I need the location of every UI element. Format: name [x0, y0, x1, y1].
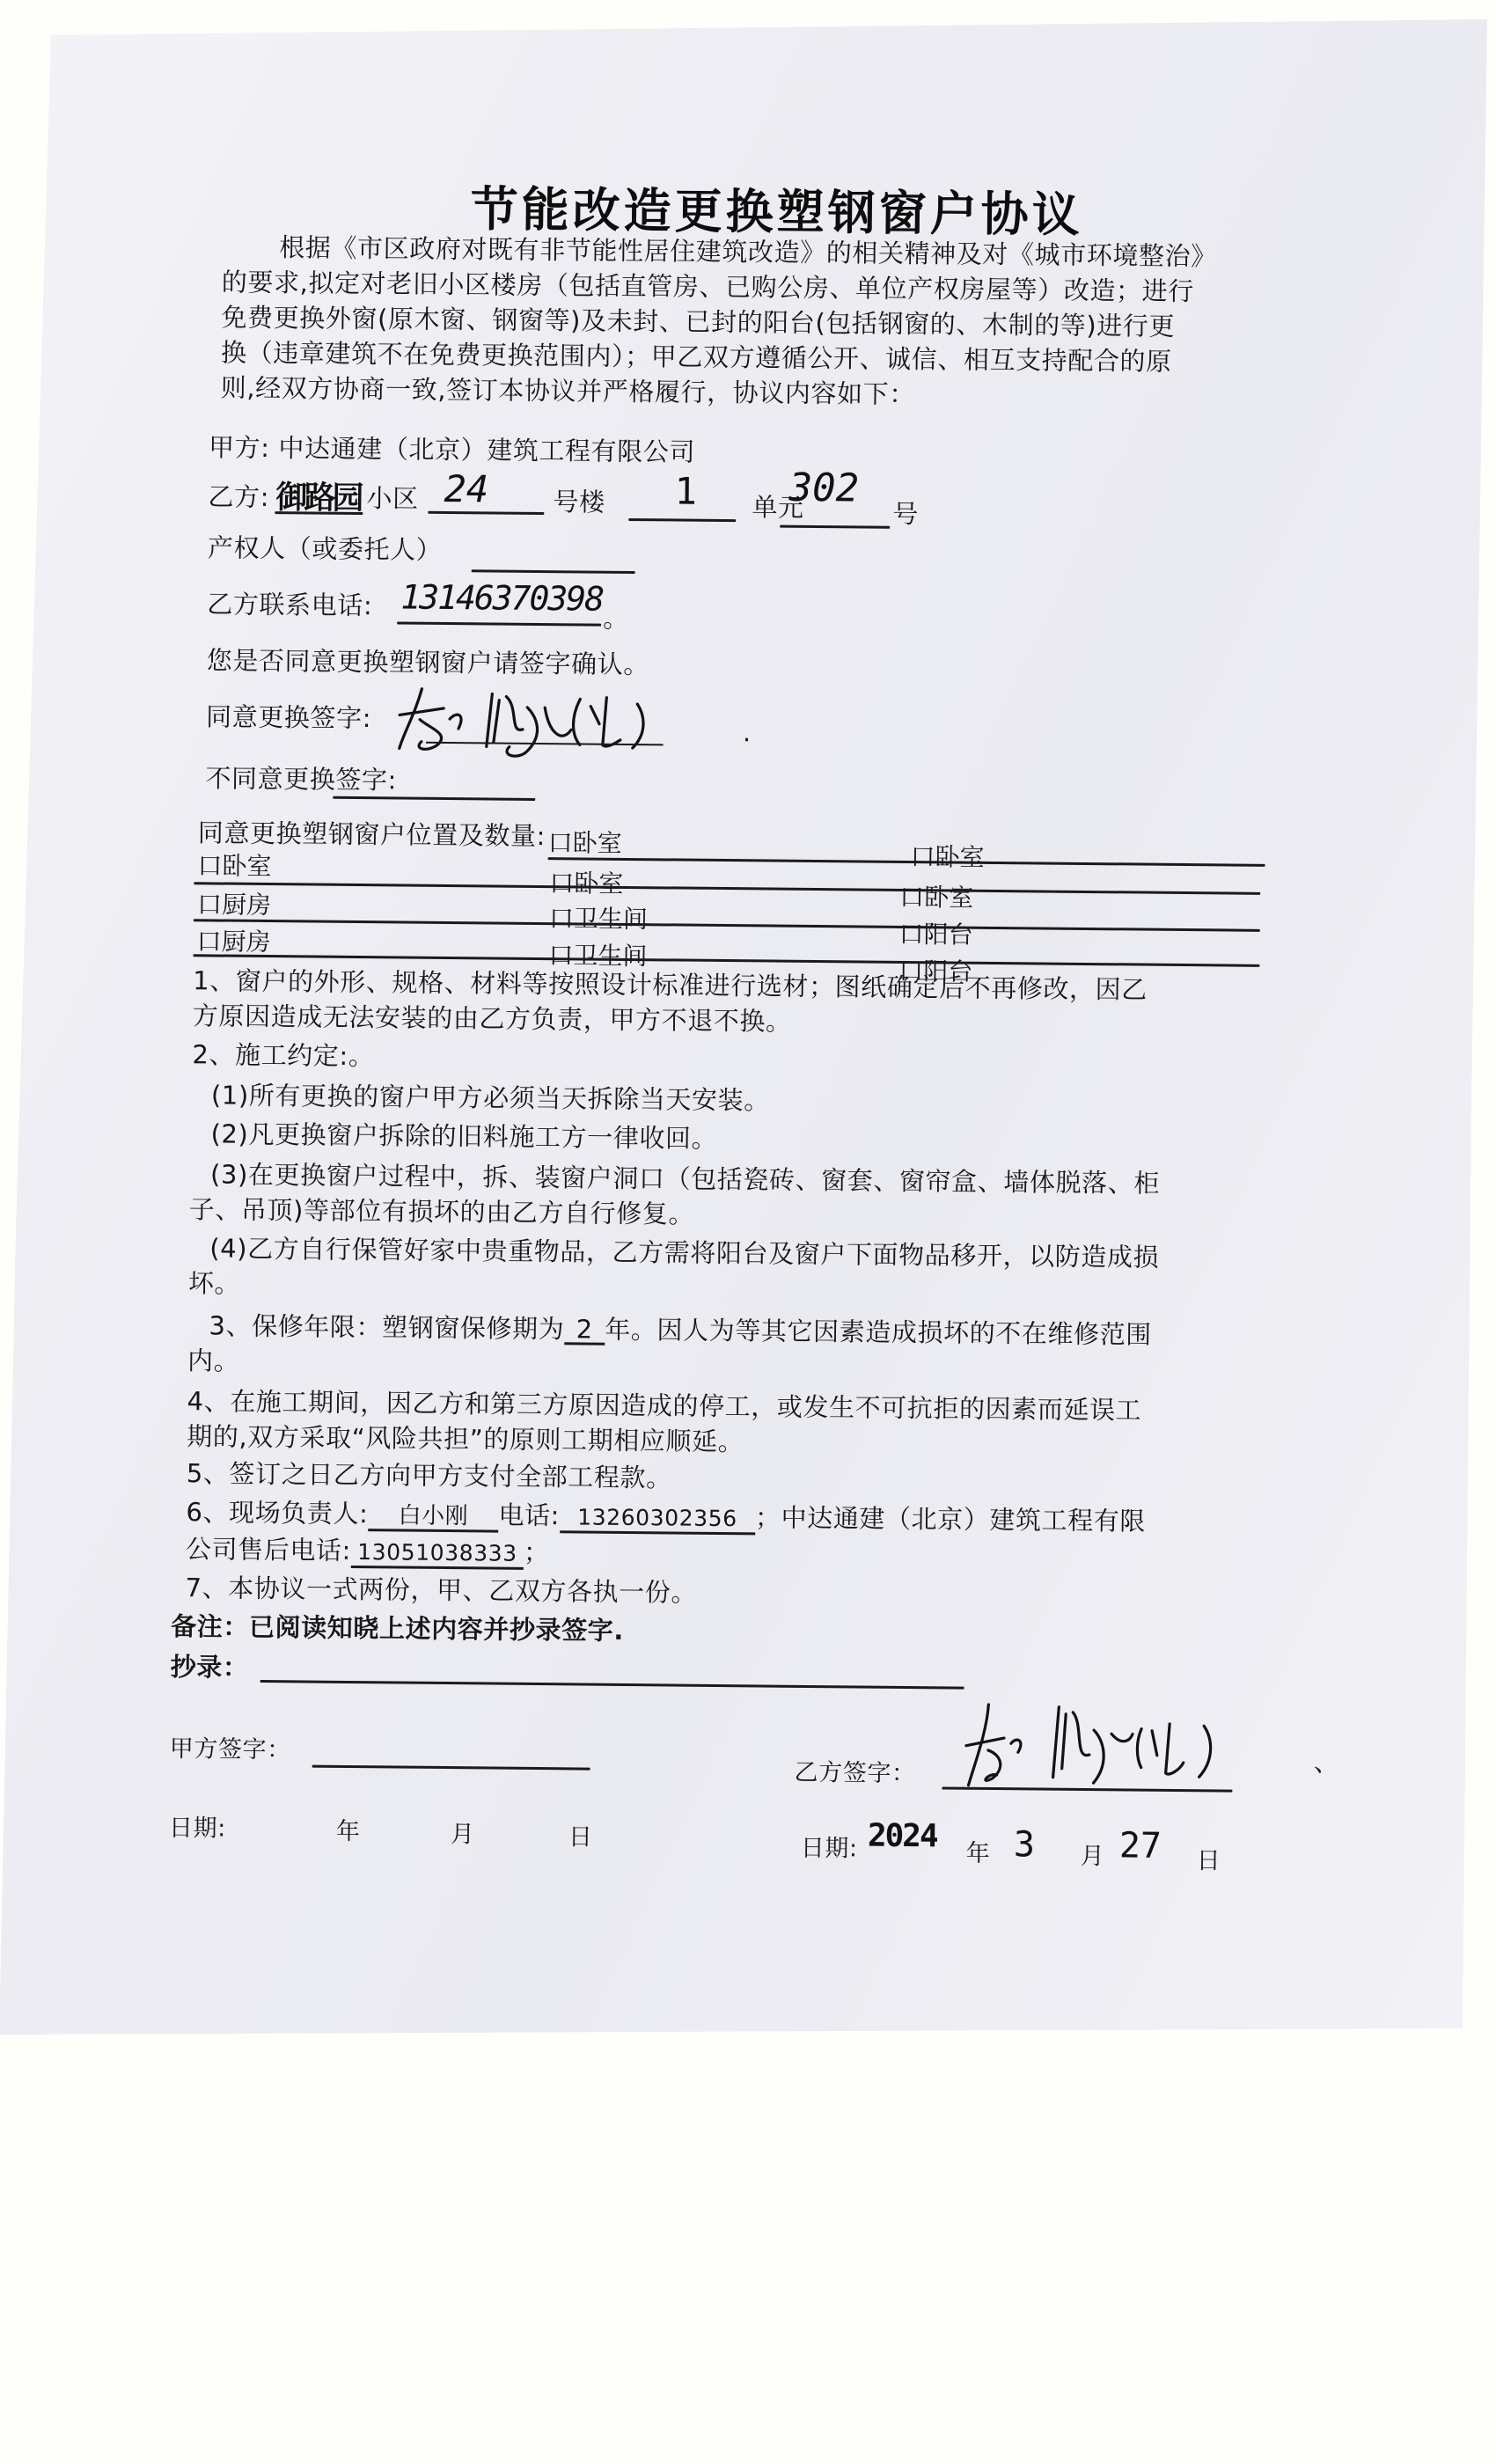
agree-sign-trailing: . [743, 716, 752, 748]
party-a-sign-label: 甲方签字： [170, 1734, 291, 1766]
window-checkbox-r2c2[interactable]: 口阳台 [899, 915, 973, 951]
date-a-month-char: 月 [451, 1819, 475, 1851]
party-a-name: 中达通建（北京）建筑工程有限公司 [278, 433, 695, 467]
clause-2-item-3-line-1: (3)在更换窗户过程中，拆、装窗户洞口（包括瓷砖、窗套、窗帘盒、墙体脱落、柜 [210, 1158, 1160, 1199]
clause-4-line-2: 期的,双方采取“风险共担”的原则工期相应顺延。 [187, 1420, 744, 1457]
window-checkbox-r1c1[interactable]: 口卧室 [549, 864, 623, 900]
intro-line-5: 则,经双方协商一致,签订本协议并严格履行，协议内容如下： [221, 371, 916, 410]
date-b-month-char: 月 [1081, 1841, 1105, 1873]
unit-number[interactable]: 1 [674, 469, 697, 512]
phone-value[interactable]: 13146370398 [400, 577, 603, 618]
party-a-row: 甲方: 中达通建（北京）建筑工程有限公司 [209, 431, 695, 467]
clause-2-item-4-line-2: 坏。 [188, 1267, 241, 1300]
handwritten-signature-icon [395, 679, 766, 762]
room-suffix: 号 [892, 498, 919, 530]
party-b-sign-label: 乙方签字： [794, 1757, 915, 1790]
site-manager-phone[interactable]: 13260302356 [560, 1504, 755, 1535]
building-underline [428, 511, 544, 515]
clause-3-line-1: 3、保修年限：塑钢窗保修期为2年。因人为等其它因素造成损坏的不在维修范围 [209, 1309, 1152, 1350]
clause-2-item-2: (2)凡更换窗户拆除的旧料施工方一律收回。 [210, 1118, 717, 1155]
window-row-line-1 [194, 882, 1260, 894]
copy-field-line[interactable] [260, 1680, 964, 1689]
window-checkbox-r2c1[interactable]: 口卫生间 [549, 899, 648, 935]
owner-field-line[interactable] [472, 569, 635, 574]
agreement-document: 节能改造更换塑钢窗户协议 根据《市区政府对既有非节能性居住建筑改造》的相关精神及… [0, 0, 1496, 2047]
date-b-year-char: 年 [966, 1838, 991, 1870]
note-text: 备注：已阅读知晓上述内容并抄录签字. [171, 1610, 624, 1646]
agree-signature[interactable] [395, 679, 766, 762]
clause-1-line-2: 方原因造成无法安装的由乙方负责，甲方不退不换。 [193, 1000, 792, 1038]
phone-label: 乙方联系电话: [207, 588, 372, 621]
window-checkbox-r1c0[interactable]: 口卧室 [197, 847, 271, 883]
window-checkbox-r1c2[interactable]: 口卧室 [899, 878, 973, 914]
date-b-day-char: 日 [1196, 1845, 1221, 1877]
party-b-label: 乙方: [208, 480, 269, 513]
building-number[interactable]: 24 [444, 467, 488, 510]
intro-line-4: 换（违章建筑不在免费更换范围内）；甲乙双方遵循公开、诚信、相互支持配合的原 [221, 337, 1172, 378]
date-b-month[interactable]: 3 [1014, 1824, 1036, 1865]
clause-5: 5、签订之日乙方向甲方支付全部工程款。 [187, 1457, 672, 1493]
party-a-label: 甲方: [209, 432, 270, 463]
clause-6-end: ； [524, 1537, 550, 1567]
room-underline [780, 525, 890, 529]
site-manager-name[interactable]: 白小刚 [368, 1502, 498, 1532]
room-number[interactable]: 302 [788, 466, 859, 511]
date-a-year-char: 年 [336, 1816, 361, 1848]
clause-3-suffix: 年。因人为等其它因素造成损坏的不在维修范围 [605, 1315, 1152, 1350]
community-suffix: 小区 [366, 482, 419, 515]
copy-label: 抄录： [171, 1651, 249, 1683]
window-checkbox-r0c2[interactable]: 口卧室 [910, 838, 984, 874]
clause-2-item-4-line-1: (4)乙方自行保管好家中贵重物品，乙方需将阳台及窗户下面物品移开，以防造成损 [209, 1232, 1159, 1272]
building-suffix: 号楼 [553, 486, 605, 518]
clause-6-line-1: 6、现场负责人:白小刚电话:13260302356；中达通建（北京）建筑工程有限 [186, 1496, 1146, 1538]
date-a-day-char: 日 [568, 1822, 593, 1853]
clause-2-item-3-line-2: 子、吊顶)等部位有损坏的由乙方自行修复。 [189, 1193, 695, 1230]
window-checkbox-r0c1[interactable]: 口卧室 [548, 824, 622, 860]
window-checkbox-r2c0[interactable]: 口厨房 [197, 885, 271, 921]
disagree-sign-label: 不同意更换签字: [205, 762, 397, 796]
phone-underline [397, 621, 601, 626]
agree-sign-label: 同意更换签字: [206, 700, 371, 734]
window-row-line-0 [548, 857, 1265, 866]
clause-6-company: ；中达通建（北京）建筑工程有限 [755, 1502, 1146, 1536]
clause-7: 7、本协议一式两份，甲、乙双方各执一份。 [185, 1572, 697, 1609]
window-checkbox-r3c0[interactable]: 口厨房 [196, 922, 270, 958]
date-b-day[interactable]: 27 [1119, 1825, 1162, 1866]
clause-4-line-1: 4、在施工期间，因乙方和第三方原因造成的停工，或发生不可抗拒的因素而延误工 [187, 1385, 1141, 1426]
owner-label: 产权人（或委托人） [208, 532, 443, 566]
date-a-label: 日期: [169, 1813, 226, 1845]
party-b-sign-trailing: 、 [1314, 1746, 1340, 1778]
clause-6-phone-label: 电话: [498, 1500, 560, 1531]
window-checkbox-r3c1[interactable]: 口卫生间 [548, 936, 647, 972]
aftersale-phone[interactable]: 13051038333 [351, 1539, 524, 1570]
clause-6-line-2: 公司售后电话:13051038333； [186, 1533, 550, 1570]
clause-1-line-1: 1、窗户的外形、规格、材料等按照设计标准进行选材；图纸确定后不再修改，因乙 [193, 964, 1148, 1005]
intro-line-3: 免费更换外窗(原木窗、钢窗等)及未封、已封的阳台(包括钢窗的、木制的等)进行更 [221, 302, 1175, 342]
warranty-years[interactable]: 2 [564, 1316, 605, 1345]
window-row-line-2 [194, 919, 1260, 931]
party-a-sign-line[interactable] [312, 1765, 590, 1771]
clause-2-title: 2、施工约定:。 [192, 1038, 374, 1072]
intro-line-2: 的要求,拟定对老旧小区楼房（包括直管房、已购公房、单位产权房屋等）改造；进行 [222, 267, 1194, 308]
clause-6-prefix: 6、现场负责人: [186, 1497, 368, 1529]
consent-prompt: 您是否同意更换塑钢窗户请签字确认。 [207, 644, 650, 680]
clause-3-line-2: 内。 [187, 1345, 240, 1377]
handwritten-signature-icon [952, 1698, 1340, 1798]
clause-2-item-1: (1)所有更换的窗户甲方必须当天拆除当天安装。 [211, 1079, 770, 1116]
disagree-sign-line[interactable] [333, 796, 535, 801]
phone-suffix: 。 [603, 603, 629, 634]
party-b-signature[interactable] [952, 1698, 1340, 1798]
unit-underline [628, 518, 736, 522]
date-b-year[interactable]: 2024 [868, 1818, 937, 1855]
window-row-line-3 [193, 954, 1259, 966]
clause-3-prefix: 3、保修年限：塑钢窗保修期为 [209, 1310, 564, 1344]
date-b-label: 日期: [801, 1833, 858, 1866]
aftersale-phone-label: 公司售后电话: [186, 1534, 351, 1566]
